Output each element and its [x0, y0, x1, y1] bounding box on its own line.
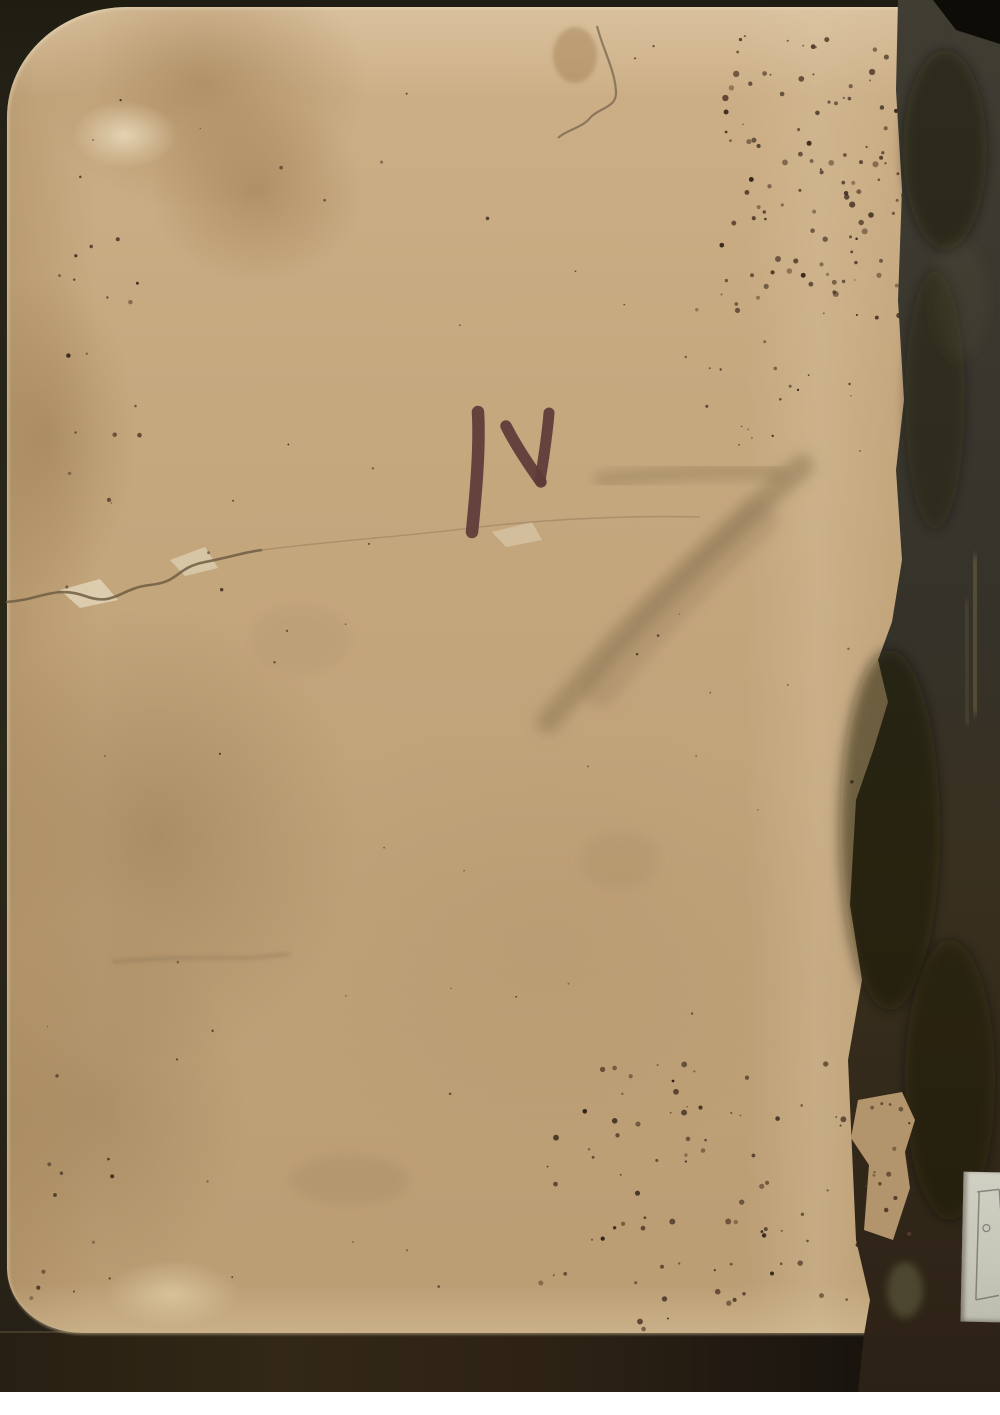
book-front-cover [7, 7, 908, 1333]
book-photo: IV [0, 0, 1000, 1392]
scanned-book-photo-page: IV [0, 0, 1000, 1415]
spine-edge-highlight [974, 556, 976, 714]
page-bottom-margin [0, 1392, 1000, 1415]
book-bottom-edge-shadow [0, 1331, 1000, 1392]
spine-label [960, 1172, 1000, 1323]
spine-label-pencil-marks [960, 1172, 1000, 1323]
